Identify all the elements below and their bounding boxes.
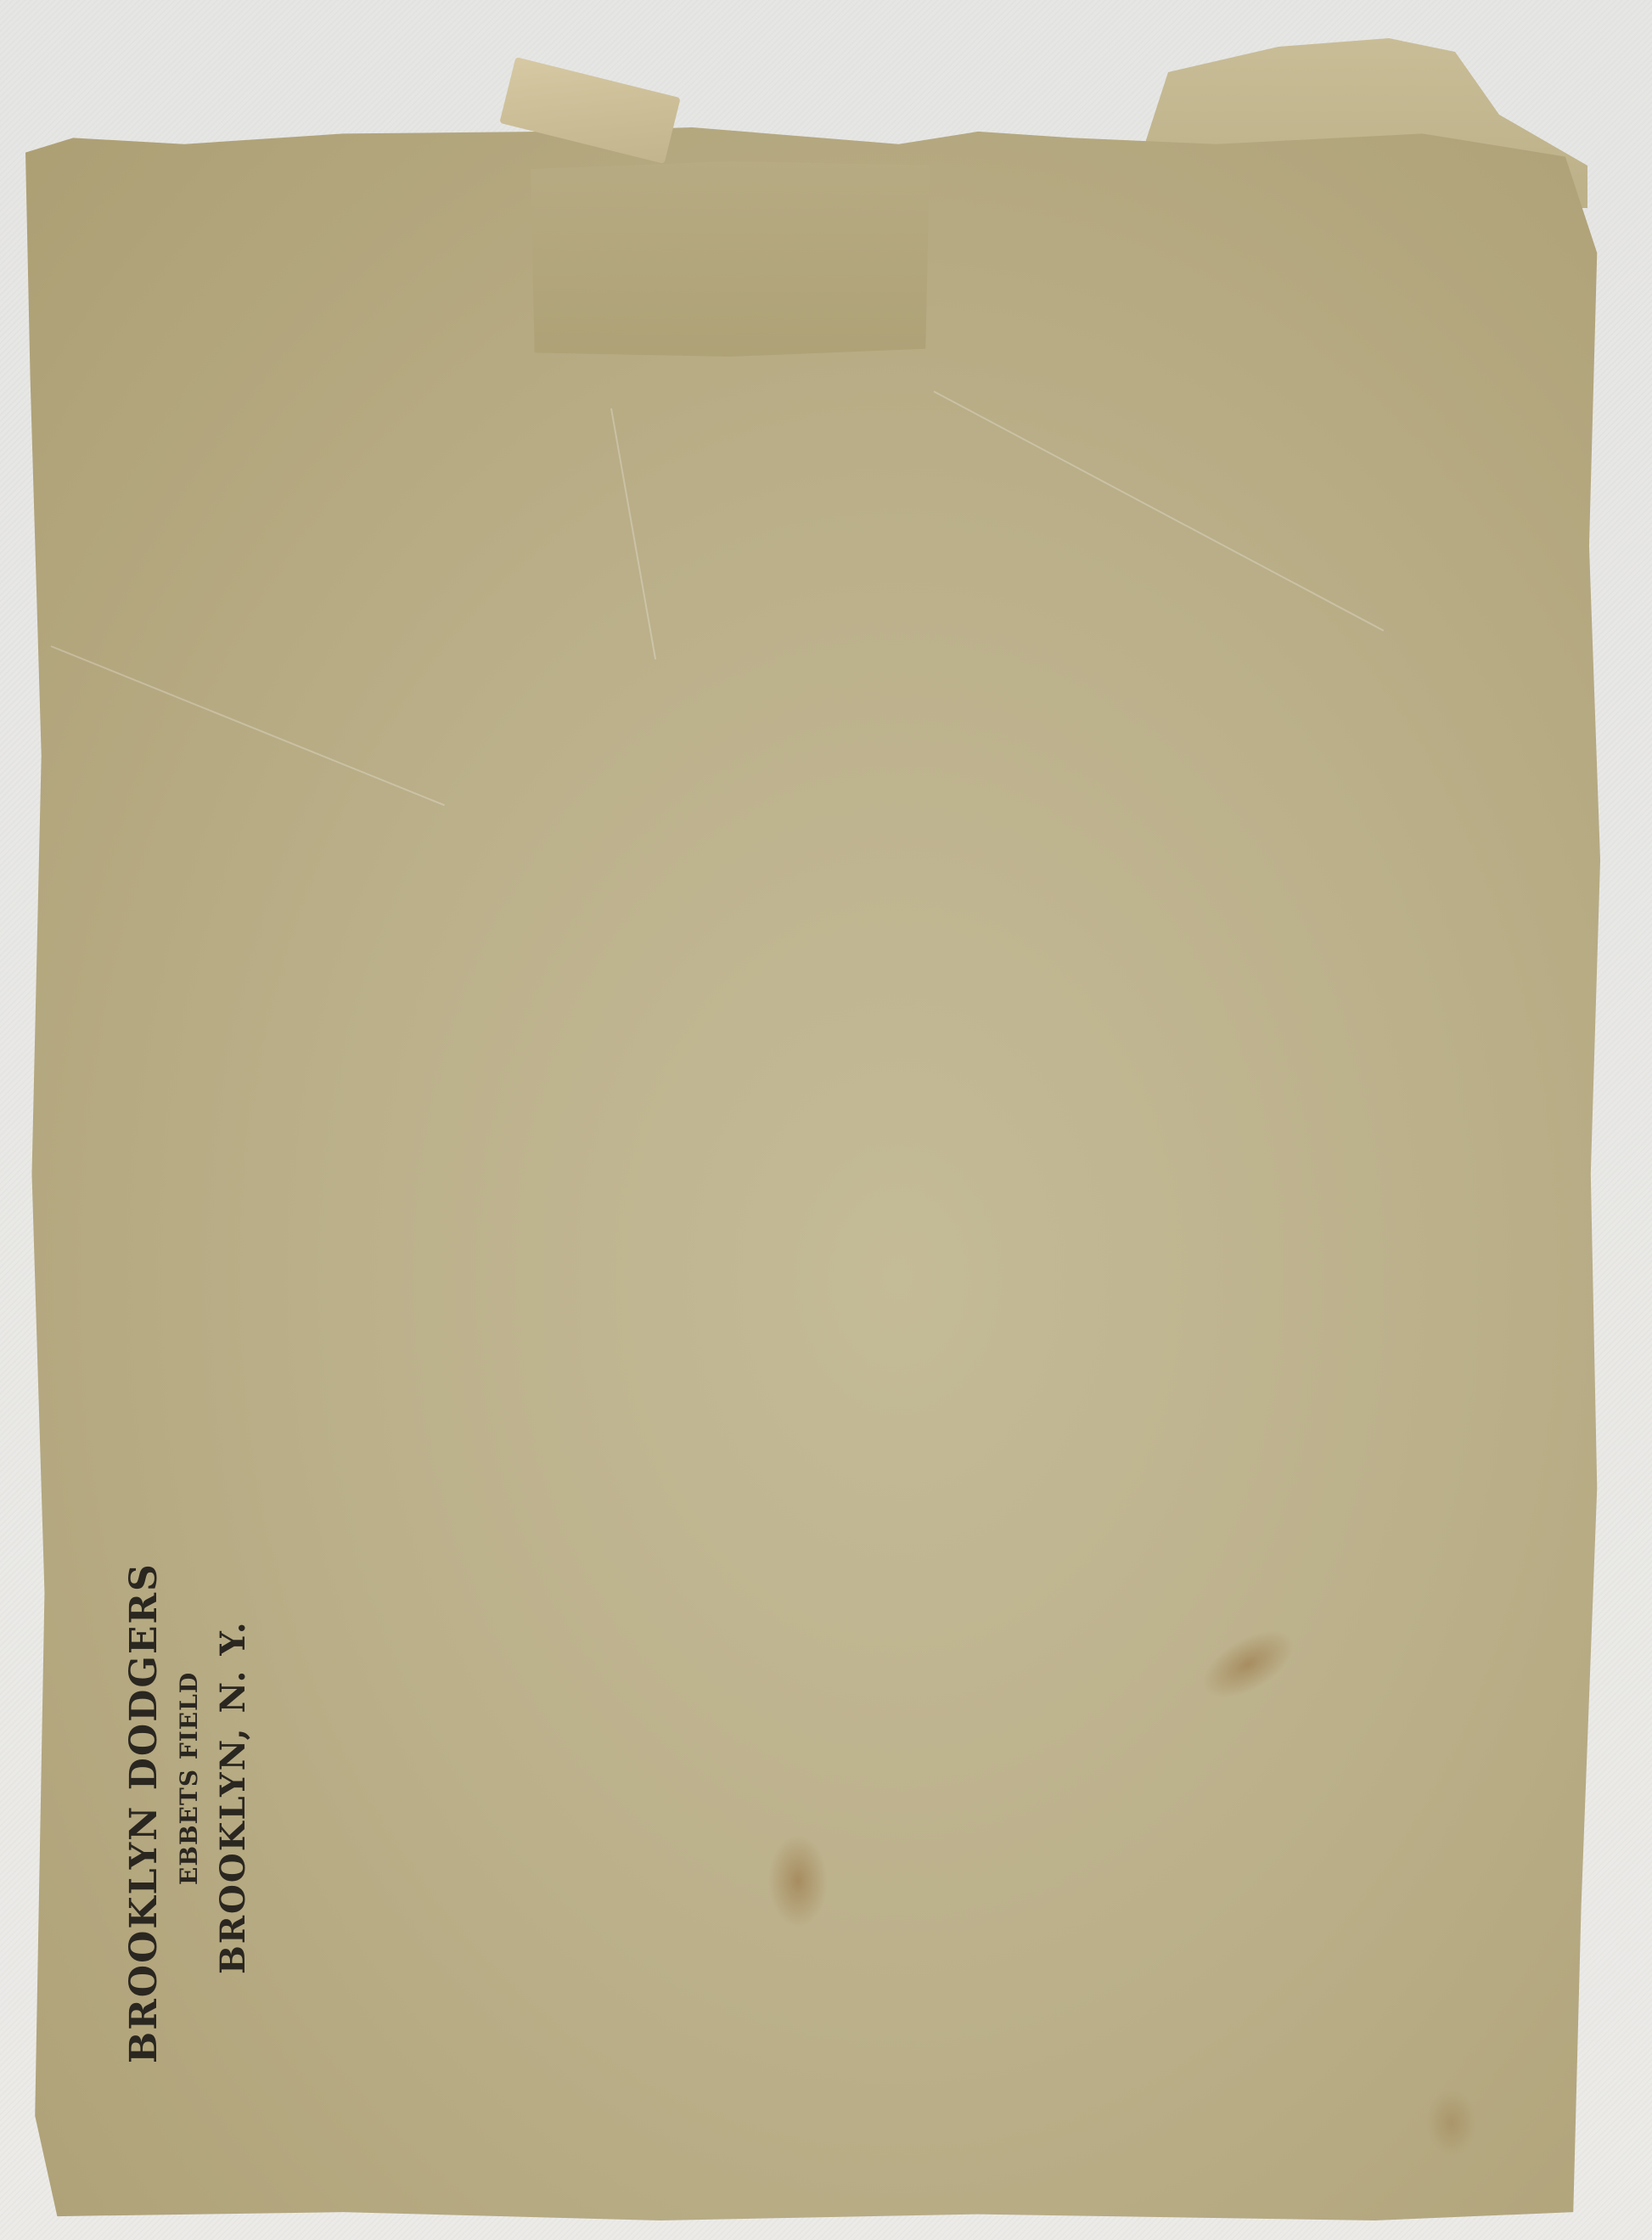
tape-strip — [531, 161, 930, 357]
stain — [1426, 2089, 1477, 2157]
address-line-city: BROOKLYN, N. Y. — [209, 1469, 258, 2063]
address-line-team: BROOKLYN DODGERS — [119, 1469, 170, 2063]
return-address: BROOKLYN DODGERS EBBETS FIELD BROOKLYN, … — [119, 1469, 258, 2063]
address-line-stadium: EBBETS FIELD — [170, 1469, 209, 2063]
stain — [768, 1834, 828, 1928]
